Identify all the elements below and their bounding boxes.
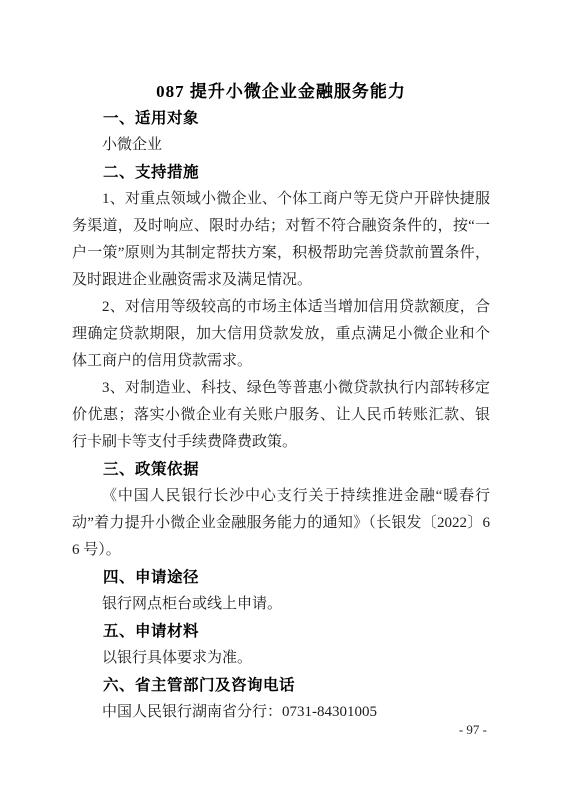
section-applicable-targets: 一、适用对象 小微企业 <box>72 105 490 159</box>
section-heading-application-channel: 四、申请途径 <box>72 564 490 591</box>
section-policy-basis: 三、政策依据 《中国人民银行长沙中心支行关于持续推进金融“暖春行动”着力提升小微… <box>72 456 490 564</box>
section-application-channel: 四、申请途径 银行网点柜台或线上申请。 <box>72 564 490 618</box>
section-support-measures: 二、支持措施 1、对重点领域小微企业、个体工商户等无贷户开辟快捷服务渠道，及时响… <box>72 159 490 456</box>
paragraph-support-measure-1: 1、对重点领域小微企业、个体工商户等无贷户开辟快捷服务渠道，及时响应、限时办结；… <box>72 186 490 294</box>
section-application-materials: 五、申请材料 以银行具体要求为准。 <box>72 618 490 672</box>
paragraph-support-measure-2: 2、对信用等级较高的市场主体适当增加信用贷款额度，合理确定贷款期限，加大信用贷款… <box>72 294 490 375</box>
section-heading-support-measures: 二、支持措施 <box>72 159 490 186</box>
section-heading-contact: 六、省主管部门及咨询电话 <box>72 672 490 699</box>
paragraph-application-materials: 以银行具体要求为准。 <box>72 645 490 672</box>
paragraph-policy-basis: 《中国人民银行长沙中心支行关于持续推进金融“暖春行动”着力提升小微企业金融服务能… <box>72 483 490 564</box>
paragraph-contact-phone: 中国人民银行湖南省分行：0731-84301005 <box>72 699 490 726</box>
paragraph-support-measure-3: 3、对制造业、科技、绿色等普惠小微贷款执行内部转移定价优惠；落实小微企业有关账户… <box>72 375 490 456</box>
section-contact: 六、省主管部门及咨询电话 中国人民银行湖南省分行：0731-84301005 <box>72 672 490 726</box>
section-heading-applicable-targets: 一、适用对象 <box>72 105 490 132</box>
paragraph-application-channel: 银行网点柜台或线上申请。 <box>72 591 490 618</box>
document-page: 087 提升小微企业金融服务能力 一、适用对象 小微企业 二、支持措施 1、对重… <box>0 0 561 793</box>
page-number: - 97 - <box>459 723 487 737</box>
page-title: 087 提升小微企业金融服务能力 <box>72 78 490 105</box>
document-body: 087 提升小微企业金融服务能力 一、适用对象 小微企业 二、支持措施 1、对重… <box>0 0 561 726</box>
paragraph-applicable-targets: 小微企业 <box>72 132 490 159</box>
section-heading-policy-basis: 三、政策依据 <box>72 456 490 483</box>
section-heading-application-materials: 五、申请材料 <box>72 618 490 645</box>
